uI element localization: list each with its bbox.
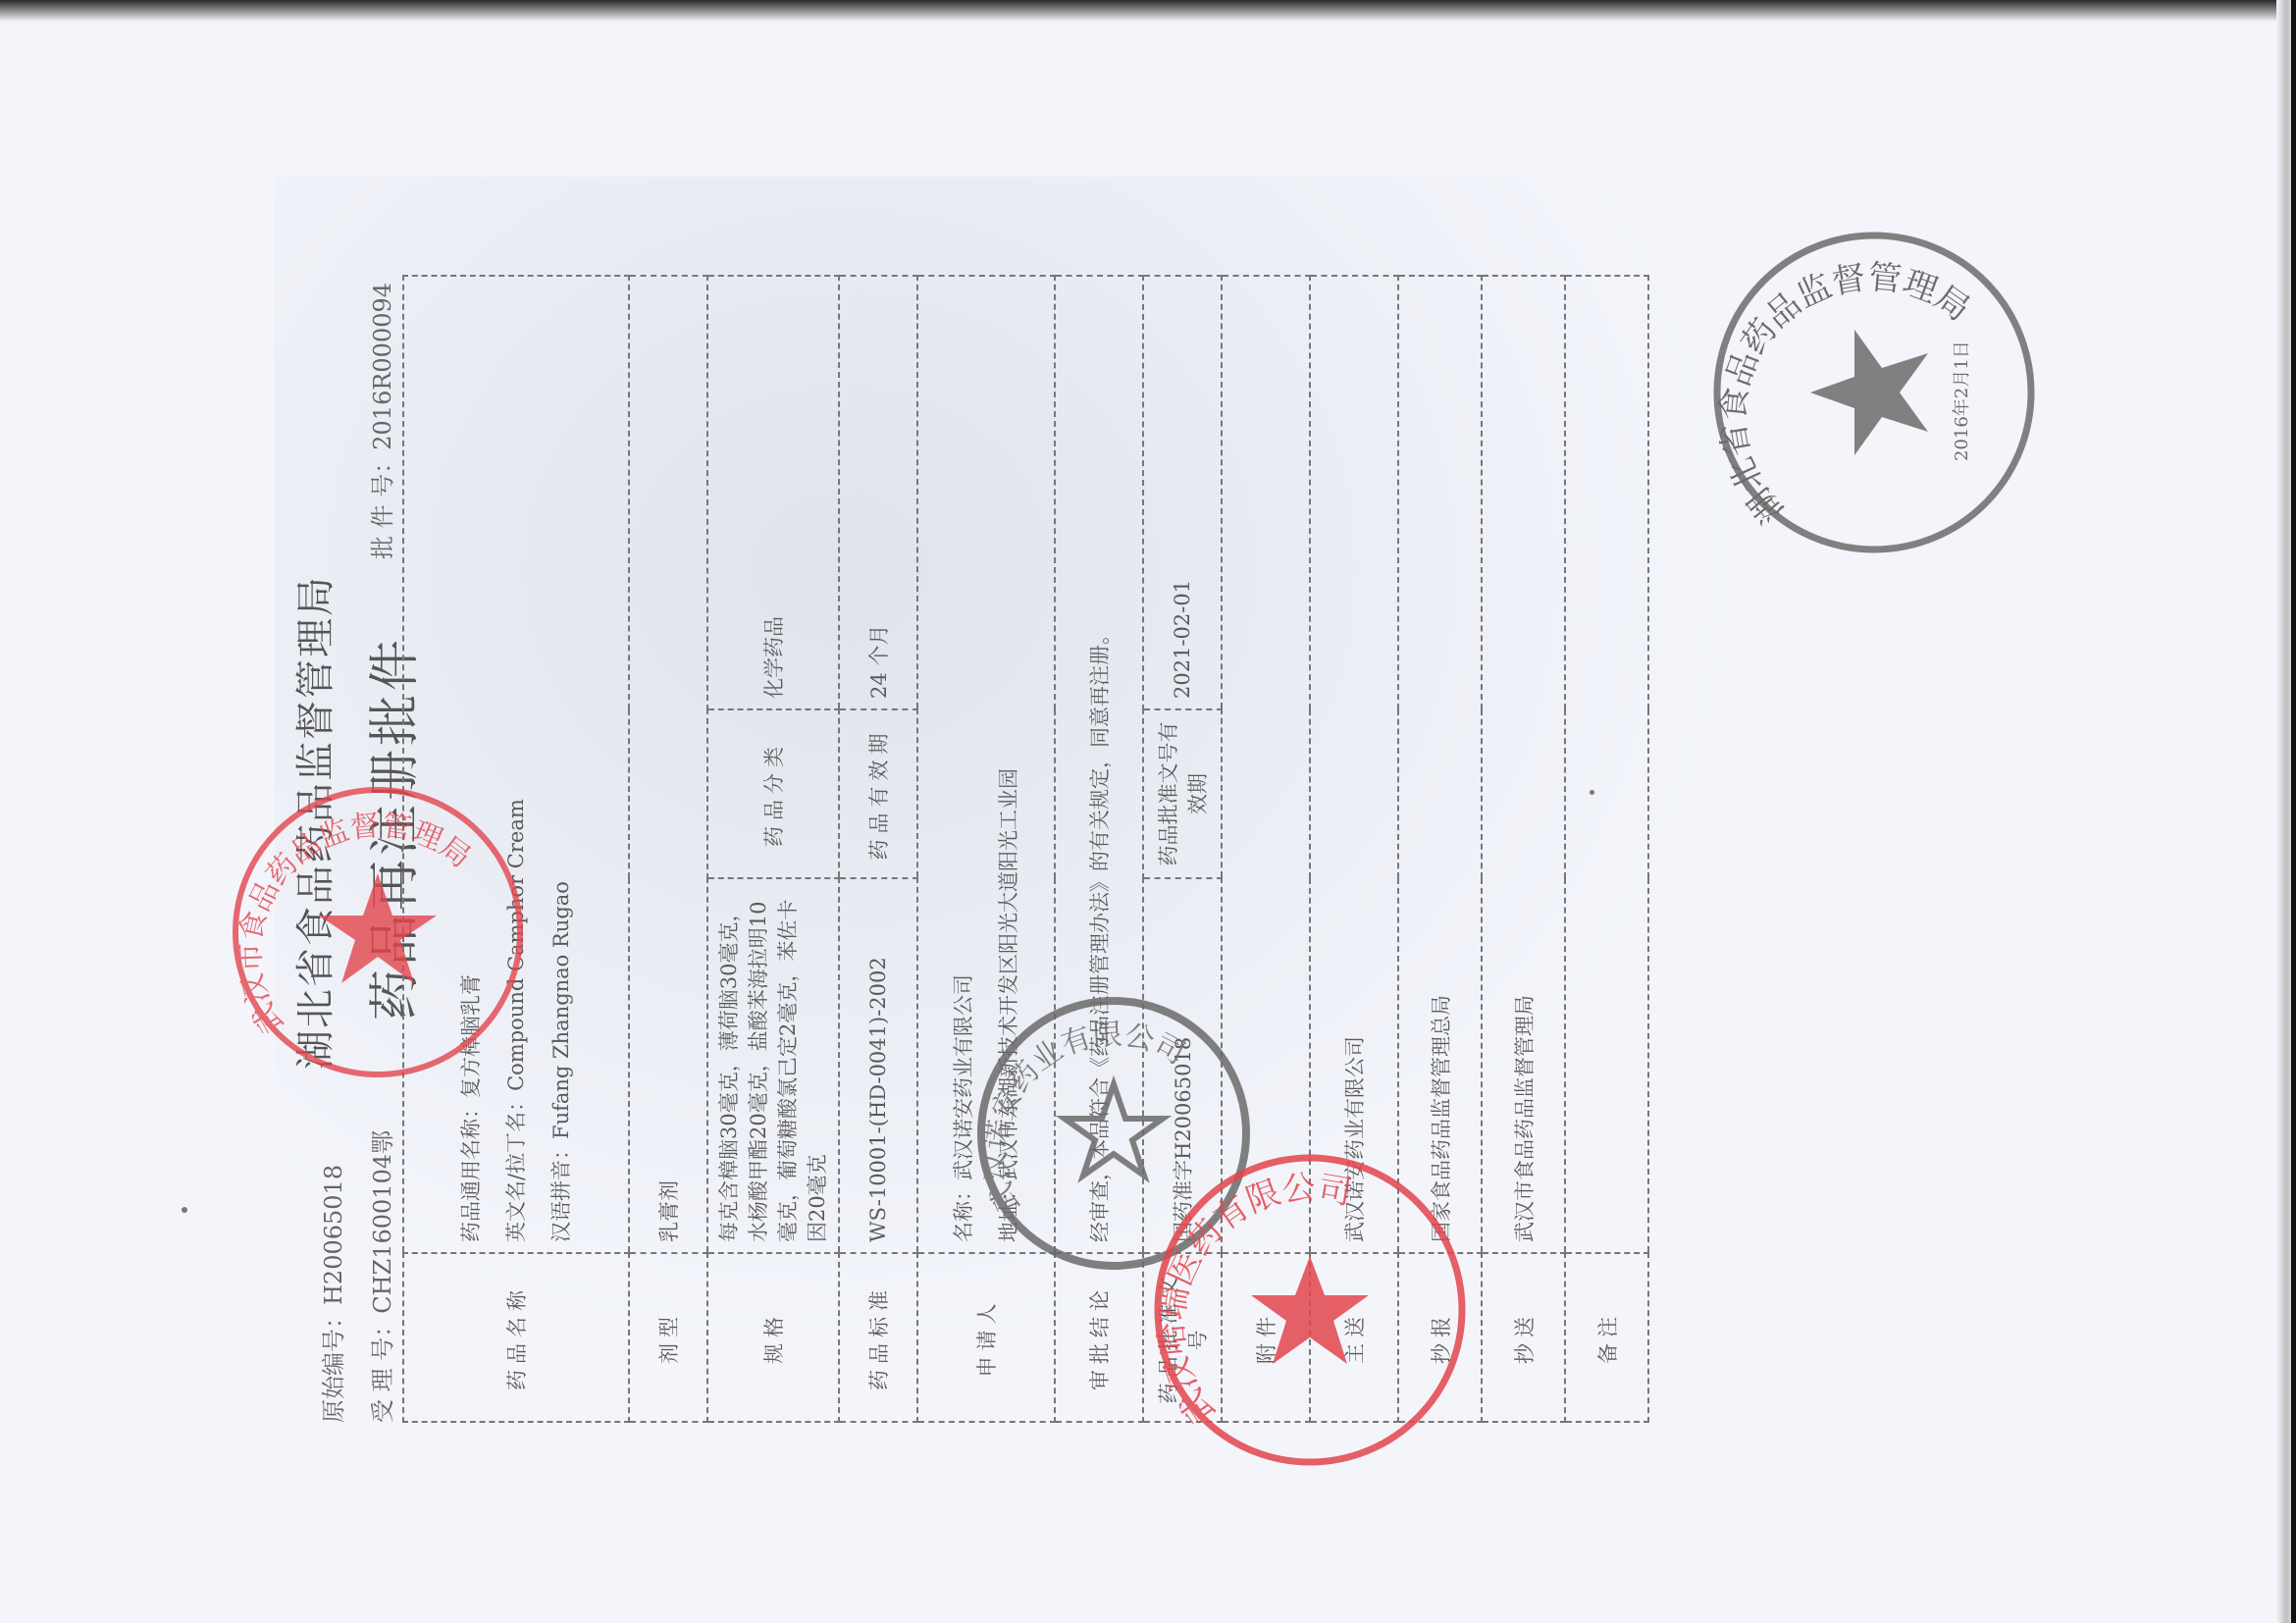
table-row: 规格 每克含樟脑30毫克，薄荷脑30毫克，水杨酸甲酯20毫克，盐酸苯海拉明10毫…	[707, 276, 839, 1422]
standard-label: 药品标准	[839, 1253, 917, 1422]
dosage-form-value: 乳膏剂	[629, 276, 707, 1253]
red-seal-graphic: 武汉市食品药品监督管理局	[226, 780, 530, 1084]
standard-value: WS-10001-(HD-0041)-2002	[839, 878, 917, 1253]
official-seal-graphic: 湖北省食品药品监督管理局 2016年2月1日	[1707, 226, 2041, 559]
approval-doc-validity-value: 2021-02-01	[1143, 276, 1222, 709]
receipt-number: 受 理 号：CHZ1600104鄂	[363, 1130, 397, 1423]
validity-value: 24 个月	[839, 276, 917, 709]
scan-edge-right-dark	[2291, 0, 2296, 1623]
to-value: 武汉诺安药业有限公司	[1310, 276, 1398, 1253]
scan-speck	[1590, 790, 1594, 795]
cc-label: 抄送	[1482, 1253, 1565, 1422]
official-seal-stamp: 湖北省食品药品监督管理局 2016年2月1日	[1707, 226, 2041, 559]
acceptance-number: 原始编号：H20065018	[314, 1165, 348, 1423]
red-seal-top-left: 武汉市食品药品监督管理局	[226, 780, 530, 1084]
remark-label: 备注	[1565, 1253, 1648, 1422]
table-row: 剂型 乳膏剂	[629, 276, 707, 1422]
validity-label: 药品有效期	[839, 709, 917, 878]
red-seal-bottom: 武汉哈瑞医药有限公司	[1148, 1148, 1472, 1472]
remark-value	[1565, 276, 1648, 1253]
drug-name-label: 药品名称	[403, 1253, 629, 1422]
spec-value: 每克含樟脑30毫克，薄荷脑30毫克，水杨酸甲酯20毫克，盐酸苯海拉明10毫克，葡…	[707, 878, 839, 1253]
red-seal-bottom-graphic: 武汉哈瑞医药有限公司	[1148, 1148, 1472, 1472]
table-row: 备注	[1565, 276, 1648, 1422]
drug-name-cell: 药品通用名称：复方樟脑乳膏 英文名/拉丁名：Compound Camphor C…	[403, 276, 629, 1253]
report-value: 国家食品药品监督管理总局	[1398, 276, 1482, 1253]
scan-edge-top	[0, 0, 2296, 22]
dosage-form-label: 剂型	[629, 1253, 707, 1422]
approval-doc-validity-label: 药品批准文号有效期	[1143, 709, 1222, 878]
applicant-label: 申请人	[917, 1253, 1055, 1422]
svg-text:2016年2月1日: 2016年2月1日	[1951, 340, 1972, 461]
spec-label: 规格	[707, 1253, 839, 1422]
pinyin-name: Fufang Zhangnao Rugao	[549, 881, 573, 1139]
category-value: 化学药品	[707, 276, 839, 709]
scan-speck	[182, 1207, 187, 1213]
table-row: 抄送 武汉市食品药品监督管理局	[1482, 276, 1565, 1422]
category-label: 药品分类	[707, 709, 839, 878]
table-row: 药品标准 WS-10001-(HD-0041)-2002 药品有效期 24 个月	[839, 276, 917, 1422]
conclusion-label: 审批结论	[1055, 1253, 1143, 1422]
approval-number: 批 件 号：2016R000094	[363, 283, 397, 559]
cc-value: 武汉市食品药品监督管理局	[1482, 276, 1565, 1253]
